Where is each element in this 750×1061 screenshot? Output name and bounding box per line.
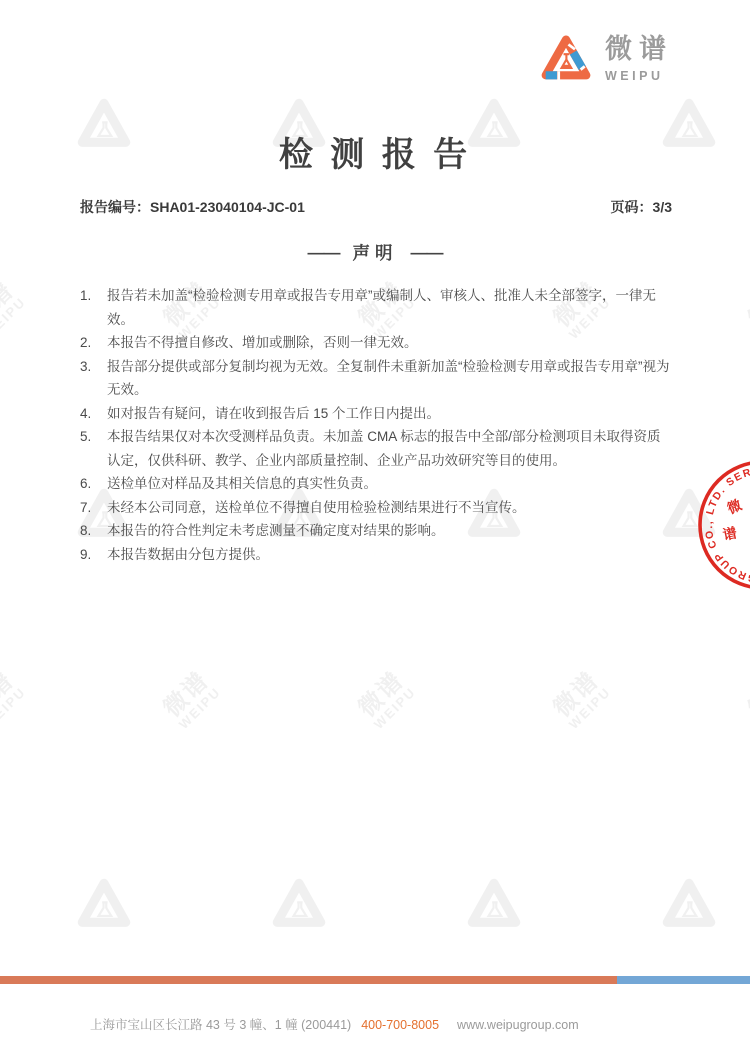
heading-dash-right: ——	[411, 243, 443, 263]
watermark-text-en: WEIPU	[0, 295, 29, 342]
declaration-item-text: 报告若未加盖“检验检测专用章或报告专用章”或编制人、审核人、批准人未全部签字，一…	[107, 284, 672, 331]
report-page: 微谱 WEIPU 微谱 WEIPU 微谱 WEIPU 微谱 WEIPU 微谱 W…	[0, 0, 750, 1061]
watermark-text-cn: 微谱	[744, 667, 750, 722]
watermark-logo-icon	[75, 875, 133, 937]
declaration-item: 2. 本报告不得擅自修改、增加或删除，否则一律无效。	[80, 331, 672, 355]
red-seal-stamp: GROUP CO., LTD. SERVICE 微 谱	[692, 452, 750, 600]
brand-name-cn: 微谱	[605, 33, 673, 67]
seal-inner-char-1: 微	[725, 496, 744, 516]
declaration-list: 1. 报告若未加盖“检验检测专用章或报告专用章”或编制人、审核人、批准人未全部签…	[80, 284, 672, 566]
document-title: 检 测 报 告	[0, 127, 750, 176]
watermark-text-cn: 微谱	[0, 277, 19, 332]
footer-contact: 上海市宝山区长江路 43 号 3 幢、1 幢 (200441)400-700-8…	[90, 1015, 710, 1033]
watermark-text-en: WEIPU	[567, 685, 614, 732]
declaration-item: 7. 未经本公司同意，送检单位不得擅自使用检验检测结果进行不当宣传。	[80, 496, 672, 520]
watermark-text-en: WEIPU	[0, 685, 29, 732]
page-number-label: 页码：	[611, 199, 653, 215]
watermark-text-cn: 微谱	[354, 667, 409, 722]
watermark-text-en: WEIPU	[372, 685, 419, 732]
watermark-text: 微谱 WEIPU	[744, 667, 750, 732]
declaration-item: 4. 如对报告有疑问，请在收到报告后 15 个工作日内提出。	[80, 402, 672, 426]
watermark-text: 微谱 WEIPU	[159, 667, 224, 732]
footer-bar-blue	[617, 976, 750, 984]
declaration-item-text: 报告部分提供或部分复制均视为无效。全复制件未重新加盖“检验检测专用章或报告专用章…	[107, 355, 672, 402]
declaration-item-number: 1.	[80, 284, 107, 331]
declaration-item-text: 本报告不得擅自修改、增加或删除，否则一律无效。	[107, 331, 672, 355]
declaration-item-text: 本报告结果仅对本次受测样品负责。未加盖 CMA 标志的报告中全部/部分检测项目未…	[107, 425, 672, 472]
declaration-item-number: 7.	[80, 496, 107, 520]
heading-dash-left: ——	[308, 243, 340, 263]
watermark-logo-icon	[270, 875, 328, 937]
declaration-item-text: 本报告的符合性判定未考虑测量不确定度对结果的影响。	[107, 519, 672, 543]
declaration-item: 6. 送检单位对样品及其相关信息的真实性负责。	[80, 472, 672, 496]
weipu-logo-icon	[540, 33, 592, 90]
declaration-item-number: 6.	[80, 472, 107, 496]
triangle-logo-glyph	[75, 875, 133, 937]
seal-inner-char-2: 谱	[721, 524, 738, 543]
triangle-logo-glyph	[270, 875, 328, 937]
report-number: 报告编号：SHA01-23040104-JC-01	[80, 197, 305, 217]
report-number-label: 报告编号：	[80, 199, 150, 215]
watermark-text-cn: 微谱	[549, 667, 604, 722]
declaration-item: 3. 报告部分提供或部分复制均视为无效。全复制件未重新加盖“检验检测专用章或报告…	[80, 355, 672, 402]
declaration-item-number: 5.	[80, 425, 107, 472]
watermark-logo-icon	[465, 875, 523, 937]
triangle-logo-glyph	[465, 875, 523, 937]
report-meta-row: 报告编号：SHA01-23040104-JC-01 页码：3/3	[80, 197, 672, 217]
footer-address: 上海市宝山区长江路 43 号 3 幢、1 幢 (200441)	[90, 1018, 351, 1032]
declaration-item: 5. 本报告结果仅对本次受测样品负责。未加盖 CMA 标志的报告中全部/部分检测…	[80, 425, 672, 472]
brand-logo: 微谱 WEIPU	[540, 33, 673, 90]
declaration-item: 1. 报告若未加盖“检验检测专用章或报告专用章”或编制人、审核人、批准人未全部签…	[80, 284, 672, 331]
declaration-item-number: 3.	[80, 355, 107, 402]
declaration-item: 9. 本报告数据由分包方提供。	[80, 543, 672, 567]
brand-name-en: WEIPU	[605, 69, 673, 83]
declaration-item-text: 未经本公司同意，送检单位不得擅自使用检验检测结果进行不当宣传。	[107, 496, 672, 520]
declaration-item-number: 8.	[80, 519, 107, 543]
footer-bar-orange	[0, 976, 617, 984]
footer-website: www.weipugroup.com	[457, 1018, 579, 1032]
declaration-item-text: 送检单位对样品及其相关信息的真实性负责。	[107, 472, 672, 496]
declaration-item-number: 4.	[80, 402, 107, 426]
watermark-logo-icon	[660, 875, 718, 937]
watermark-text-cn: 微谱	[744, 277, 750, 332]
watermark-text: 微谱 WEIPU	[744, 277, 750, 342]
watermark-text: 微谱 WEIPU	[549, 667, 614, 732]
watermark-text-cn: 微谱	[0, 667, 19, 722]
watermark-text: 微谱 WEIPU	[0, 277, 29, 342]
declaration-item: 8. 本报告的符合性判定未考虑测量不确定度对结果的影响。	[80, 519, 672, 543]
footer-color-bar	[0, 976, 750, 984]
page-number: 页码：3/3	[611, 197, 672, 217]
declaration-heading: —— 声明 ——	[0, 240, 750, 265]
page-number-value: 3/3	[653, 199, 672, 215]
declaration-heading-text: 声明	[353, 240, 398, 265]
seal-icon: GROUP CO., LTD. SERVICE 微 谱	[692, 452, 750, 600]
brand-text: 微谱 WEIPU	[605, 33, 673, 83]
watermark-text: 微谱 WEIPU	[0, 667, 29, 732]
report-number-value: SHA01-23040104-JC-01	[150, 199, 305, 215]
footer-phone: 400-700-8005	[361, 1018, 439, 1032]
declaration-item-number: 9.	[80, 543, 107, 567]
declaration-item-text: 本报告数据由分包方提供。	[107, 543, 672, 567]
watermark-text-en: WEIPU	[177, 685, 224, 732]
watermark-text: 微谱 WEIPU	[354, 667, 419, 732]
triangle-logo-glyph	[660, 875, 718, 937]
declaration-item-text: 如对报告有疑问，请在收到报告后 15 个工作日内提出。	[107, 402, 672, 426]
declaration-item-number: 2.	[80, 331, 107, 355]
watermark-text-cn: 微谱	[159, 667, 214, 722]
